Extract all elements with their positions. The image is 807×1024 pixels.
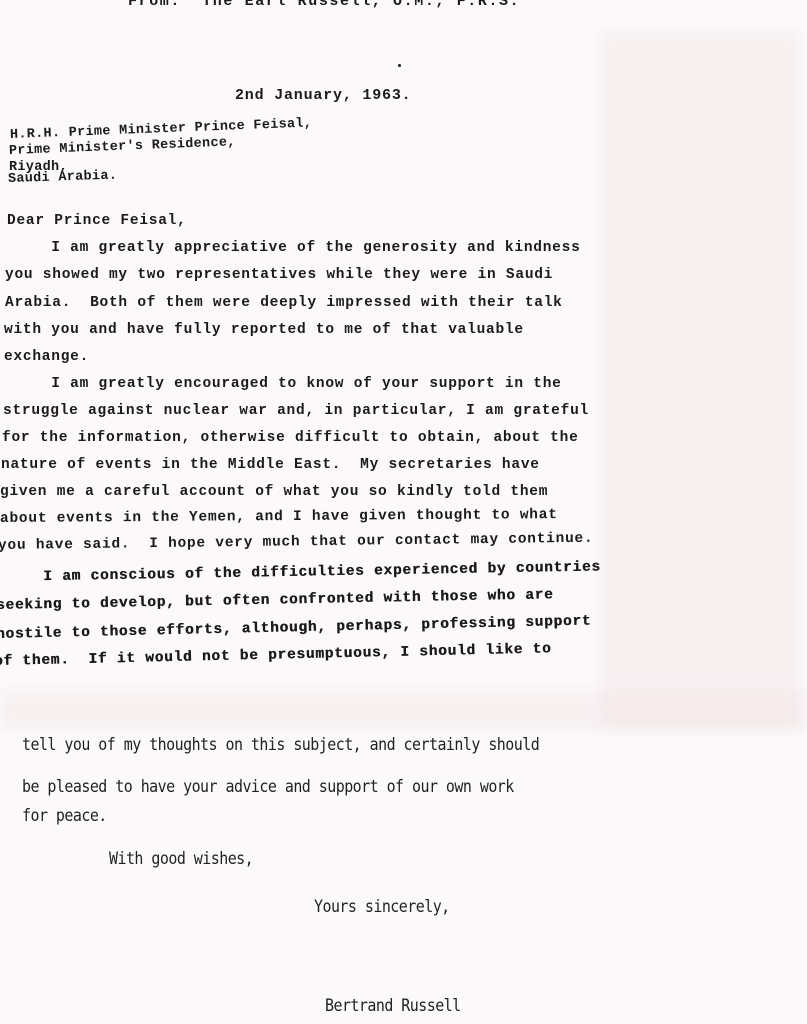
paragraph-line: struggle against nuclear war and, in par… <box>3 403 589 419</box>
paragraph-line: I am greatly appreciative of the generos… <box>4 240 581 256</box>
paragraph-line: nature of events in the Middle East. My … <box>1 457 540 473</box>
paragraph-line: tell you of my thoughts on this subject,… <box>22 735 539 755</box>
paragraph-line: of them. If it would not be presumptuous… <box>0 641 552 670</box>
signature-name: Bertrand Russell <box>325 996 461 1016</box>
paragraph-line: about events in the Yemen, and I have gi… <box>0 507 558 527</box>
paragraph-line: you have said. I hope very much that our… <box>0 531 594 554</box>
paragraph-line: for the information, otherwise difficult… <box>2 430 579 446</box>
bleed-through <box>0 690 807 730</box>
address-line: Saudi Arabia. <box>8 169 118 187</box>
paragraph-line: seeking to develop, but often confronted… <box>0 587 554 614</box>
paragraph-line: exchange. <box>4 349 89 365</box>
paragraph-line: for peace. <box>22 806 107 826</box>
bleed-through <box>600 30 800 730</box>
stray-mark <box>398 64 401 67</box>
closing: Yours sincerely, <box>314 897 450 917</box>
letter-date: 2nd January, 1963. <box>235 87 411 104</box>
paragraph-line: hostile to those efforts, although, perh… <box>0 613 591 643</box>
paragraph-line: you showed my two representatives while … <box>5 267 553 283</box>
paragraph-line: I am greatly encouraged to know of your … <box>4 376 562 392</box>
paragraph-line: I am conscious of the difficulties exper… <box>0 559 601 586</box>
letterhead-from: From: The Earl Russell, O.M., F.R.S. <box>128 0 520 10</box>
paragraph-line: be pleased to have your advice and suppo… <box>22 777 514 797</box>
paragraph-line: Arabia. Both of them were deeply impress… <box>5 295 563 311</box>
closing-wishes: With good wishes, <box>109 849 253 869</box>
paragraph-line: given me a careful account of what you s… <box>0 484 548 500</box>
paragraph-line: with you and have fully reported to me o… <box>4 322 524 338</box>
salutation: Dear Prince Feisal, <box>7 213 187 229</box>
